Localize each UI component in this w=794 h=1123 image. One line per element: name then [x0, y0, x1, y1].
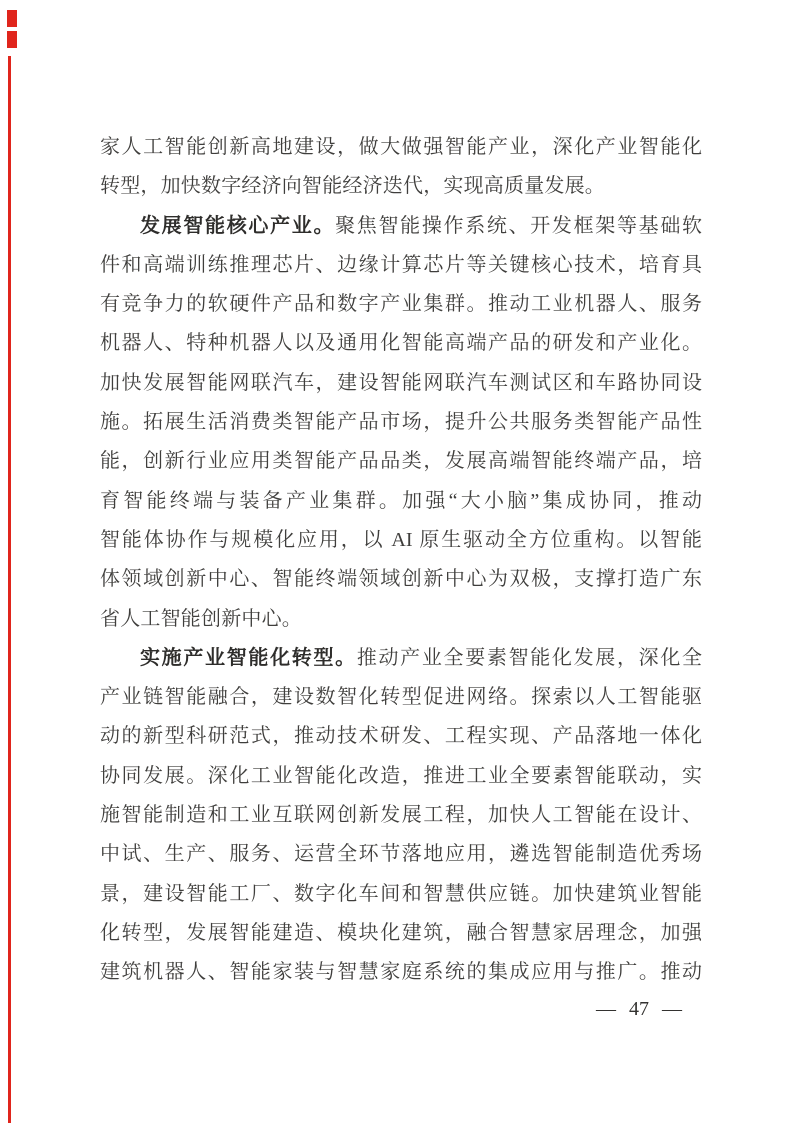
text-run: 推动产业全要素智能化发展，深化全 [357, 647, 702, 669]
scan-artifact-red-edge-line [8, 56, 11, 1123]
body-text-line: 智能体协作与规模化应用，以 AI 原生驱动全方位重构。以智能 [100, 521, 702, 560]
text-run: 智能体协作与规模化应用，以 AI 原生驱动全方位重构。以智能 [100, 529, 702, 551]
bold-heading-run: 发展智能核心产业。 [140, 215, 335, 237]
document-body: 家人工智能创新高地建设，做大做强智能产业，深化产业智能化转型，加快数字经济向智能… [100, 128, 702, 993]
text-run: 中试、生产、服务、运营全环节落地应用，遴选智能制造优秀场 [100, 843, 702, 865]
body-text-line: 中试、生产、服务、运营全环节落地应用，遴选智能制造优秀场 [100, 835, 702, 874]
scan-artifact-red-dash-bottom [7, 31, 17, 48]
document-page: 家人工智能创新高地建设，做大做强智能产业，深化产业智能化转型，加快数字经济向智能… [0, 0, 794, 1123]
text-run: 育智能终端与装备产业集群。加强“大小脑”集成协同，推动 [100, 490, 702, 512]
body-text-line: 转型，加快数字经济向智能经济迭代，实现高质量发展。 [100, 167, 702, 206]
text-run: 协同发展。深化工业智能化改造，推进工业全要素智能联动，实 [100, 765, 702, 787]
text-run: 件和高端训练推理芯片、边缘计算芯片等关键核心技术，培育具 [100, 254, 702, 276]
text-run: 化转型，发展智能建造、模块化建筑，融合智慧家居理念，加强 [100, 922, 702, 944]
body-text-line: 家人工智能创新高地建设，做大做强智能产业，深化产业智能化 [100, 128, 702, 167]
body-text-line: 省人工智能创新中心。 [100, 600, 702, 639]
text-run: 建筑机器人、智能家装与智慧家庭系统的集成应用与推广。推动 [100, 961, 702, 983]
body-text-line: 机器人、特种机器人以及通用化智能高端产品的研发和产业化。 [100, 324, 702, 363]
text-run: 景，建设智能工厂、数字化车间和智慧供应链。加快建筑业智能 [100, 883, 702, 905]
body-text-line: 施。拓展生活消费类智能产品市场，提升公共服务类智能产品性 [100, 403, 702, 442]
scan-artifact-red-dash-top [7, 10, 17, 27]
text-run: 加快发展智能网联汽车，建设智能网联汽车测试区和车路协同设 [100, 372, 702, 394]
text-run: 省人工智能创新中心。 [100, 608, 302, 630]
page-number-value: 47 [629, 998, 649, 1021]
text-run: 聚焦智能操作系统、开发框架等基础软 [335, 215, 702, 237]
text-run: 能，创新行业应用类智能产品品类，发展高端智能终端产品，培 [100, 450, 702, 472]
body-text-line: 有竞争力的软硬件产品和数字产业集群。推动工业机器人、服务 [100, 285, 702, 324]
body-text-line: 育智能终端与装备产业集群。加强“大小脑”集成协同，推动 [100, 482, 702, 521]
body-text-line: 景，建设智能工厂、数字化车间和智慧供应链。加快建筑业智能 [100, 875, 702, 914]
bold-heading-run: 实施产业智能化转型。 [140, 647, 357, 669]
body-text-line: 协同发展。深化工业智能化改造，推进工业全要素智能联动，实 [100, 757, 702, 796]
text-run: 施智能制造和工业互联网创新发展工程，加快人工智能在设计、 [100, 804, 702, 826]
body-text-line: 施智能制造和工业互联网创新发展工程，加快人工智能在设计、 [100, 796, 702, 835]
page-number: — 47 — [0, 998, 682, 1021]
body-text-line: 能，创新行业应用类智能产品品类，发展高端智能终端产品，培 [100, 442, 702, 481]
text-run: 转型，加快数字经济向智能经济迭代，实现高质量发展。 [100, 175, 605, 197]
body-text-line: 发展智能核心产业。聚焦智能操作系统、开发框架等基础软 [100, 207, 702, 246]
body-text-line: 实施产业智能化转型。推动产业全要素智能化发展，深化全 [100, 639, 702, 678]
text-run: 有竞争力的软硬件产品和数字产业集群。推动工业机器人、服务 [100, 293, 702, 315]
body-text-line: 加快发展智能网联汽车，建设智能网联汽车测试区和车路协同设 [100, 364, 702, 403]
body-text-line: 产业链智能融合，建设数智化转型促进网络。探索以人工智能驱 [100, 678, 702, 717]
text-run: 施。拓展生活消费类智能产品市场，提升公共服务类智能产品性 [100, 411, 702, 433]
body-text-line: 体领域创新中心、智能终端领域创新中心为双极，支撑打造广东 [100, 560, 702, 599]
text-run: 机器人、特种机器人以及通用化智能高端产品的研发和产业化。 [100, 332, 702, 354]
body-text-line: 动的新型科研范式，推动技术研发、工程实现、产品落地一体化 [100, 717, 702, 756]
text-run: 家人工智能创新高地建设，做大做强智能产业，深化产业智能化 [100, 136, 702, 158]
body-text-line: 建筑机器人、智能家装与智慧家庭系统的集成应用与推广。推动 [100, 953, 702, 992]
text-run: 产业链智能融合，建设数智化转型促进网络。探索以人工智能驱 [100, 686, 702, 708]
body-text-line: 件和高端训练推理芯片、边缘计算芯片等关键核心技术，培育具 [100, 246, 702, 285]
body-text-line: 化转型，发展智能建造、模块化建筑，融合智慧家居理念，加强 [100, 914, 702, 953]
page-number-dash-right: — [662, 998, 682, 1021]
page-number-dash-left: — [596, 998, 616, 1021]
text-run: 动的新型科研范式，推动技术研发、工程实现、产品落地一体化 [100, 725, 702, 747]
text-run: 体领域创新中心、智能终端领域创新中心为双极，支撑打造广东 [100, 568, 702, 590]
